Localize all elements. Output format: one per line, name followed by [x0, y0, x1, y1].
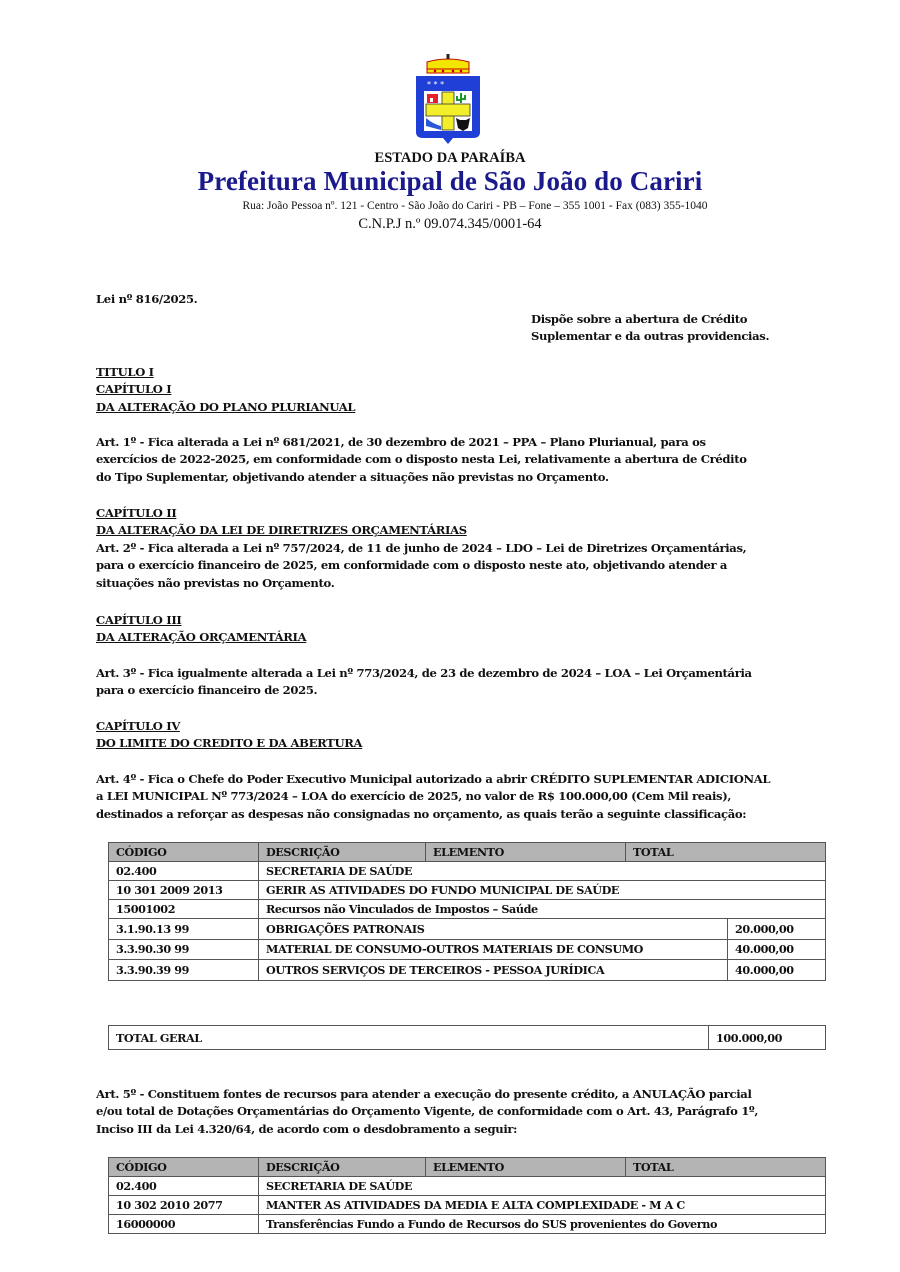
law-number: Lei nº 816/2025.	[96, 291, 826, 308]
table-row: 16000000 Transferências Fundo a Fundo de…	[109, 1215, 826, 1234]
summary-line: Suplementar e da outras providencias.	[531, 328, 831, 345]
total-cell: 20.000,00	[728, 919, 826, 940]
description-cell: GERIR AS ATIVIDADES DO FUNDO MUNICIPAL D…	[259, 881, 826, 900]
code-cell: 02.400	[109, 1177, 259, 1196]
article-line: situações não previstas no Orçamento.	[96, 575, 826, 592]
svg-text:* * *: * * *	[427, 80, 444, 89]
column-header: CÓDIGO	[109, 1158, 259, 1177]
description-cell: Recursos não Vinculados de Impostos – Sa…	[259, 900, 826, 919]
chapter-heading: CAPÍTULO I	[96, 381, 826, 398]
table-row: 02.400 SECRETARIA DE SAÚDE	[109, 1177, 826, 1196]
column-header: DESCRIÇÃO	[259, 1158, 426, 1177]
document-page: * * * ESTADO DA PARAÍBA Prefeitura Munic…	[0, 0, 900, 1272]
code-cell: 10 302 2010 2077	[109, 1196, 259, 1215]
coat-of-arms-icon: * * *	[413, 54, 483, 146]
total-row: TOTAL GERAL 100.000,00	[109, 1026, 826, 1050]
article-5: Art. 5º - Constituem fontes de recursos …	[96, 1086, 826, 1138]
chapter-1-block: TITULO I CAPÍTULO I DA ALTERAÇÃO DO PLAN…	[96, 364, 826, 416]
article-line: Art. 3º - Fica igualmente alterada a Lei…	[96, 665, 826, 682]
article-line: a LEI MUNICIPAL Nº 773/2024 – LOA do exe…	[96, 788, 826, 805]
table-row: 10 301 2009 2013 GERIR AS ATIVIDADES DO …	[109, 881, 826, 900]
title-heading: TITULO I	[96, 364, 826, 381]
state-name: ESTADO DA PARAÍBA	[0, 150, 900, 167]
column-header: TOTAL	[626, 1158, 826, 1177]
description-cell: SECRETARIA DE SAÚDE	[259, 862, 826, 881]
chapter-3-block: CAPÍTULO III DA ALTERAÇÃO ORÇAMENTÁRIA	[96, 612, 826, 647]
resource-sources-table: CÓDIGO DESCRIÇÃO ELEMENTO TOTAL 02.400 S…	[108, 1157, 826, 1234]
article-line: do Tipo Suplementar, objetivando atender…	[96, 469, 826, 486]
table-row: 10 302 2010 2077 MANTER AS ATIVIDADES DA…	[109, 1196, 826, 1215]
article-line: Art. 5º - Constituem fontes de recursos …	[96, 1086, 826, 1103]
total-cell: 40.000,00	[728, 960, 826, 981]
total-value: 100.000,00	[709, 1026, 826, 1050]
article-1: Art. 1º - Fica alterada a Lei nº 681/202…	[96, 434, 826, 486]
article-line: Art. 2º - Fica alterada a Lei nº 757/202…	[96, 540, 826, 557]
article-line: Art. 1º - Fica alterada a Lei nº 681/202…	[96, 434, 826, 451]
description-cell: OBRIGAÇÕES PATRONAIS	[259, 919, 728, 940]
table-row: 3.3.90.30 99 MATERIAL DE CONSUMO-OUTROS …	[109, 939, 826, 960]
law-summary: Dispõe sobre a abertura de Crédito Suple…	[531, 311, 831, 346]
table-row: 15001002 Recursos não Vinculados de Impo…	[109, 900, 826, 919]
chapter-heading: CAPÍTULO II	[96, 505, 826, 522]
summary-line: Dispõe sobre a abertura de Crédito	[531, 311, 831, 328]
column-header: DESCRIÇÃO	[259, 843, 426, 862]
column-header: ELEMENTO	[426, 843, 626, 862]
article-line: para o exercício financeiro de 2025, em …	[96, 557, 826, 574]
description-cell: OUTROS SERVIÇOS DE TERCEIROS - PESSOA JU…	[259, 960, 728, 981]
chapter-2-block: CAPÍTULO II DA ALTERAÇÃO DA LEI DE DIRET…	[96, 505, 826, 592]
article-line: exercícios de 2022-2025, em conformidade…	[96, 451, 826, 468]
chapter-subheading: DA ALTERAÇÃO ORÇAMENTÁRIA	[96, 629, 826, 646]
table-row: 3.3.90.39 99 OUTROS SERVIÇOS DE TERCEIRO…	[109, 960, 826, 981]
table-header-row: CÓDIGO DESCRIÇÃO ELEMENTO TOTAL	[109, 1158, 826, 1177]
article-3: Art. 3º - Fica igualmente alterada a Lei…	[96, 665, 826, 700]
description-cell: MANTER AS ATIVIDADES DA MEDIA E ALTA COM…	[259, 1196, 826, 1215]
table-header-row: CÓDIGO DESCRIÇÃO ELEMENTO TOTAL	[109, 843, 826, 862]
address-line: Rua: João Pessoa nº. 121 - Centro - São …	[0, 200, 900, 212]
table-row: 02.400 SECRETARIA DE SAÚDE	[109, 862, 826, 881]
column-header: CÓDIGO	[109, 843, 259, 862]
article-line: Art. 4º - Fica o Chefe do Poder Executiv…	[96, 771, 826, 788]
chapter-subheading: DA ALTERAÇÃO DO PLANO PLURIANUAL	[96, 399, 826, 416]
code-cell: 3.1.90.13 99	[109, 919, 259, 940]
column-header: ELEMENTO	[426, 1158, 626, 1177]
table-row: 3.1.90.13 99 OBRIGAÇÕES PATRONAIS 20.000…	[109, 919, 826, 940]
chapter-4-block: CAPÍTULO IV DO LIMITE DO CREDITO E DA AB…	[96, 718, 826, 753]
article-line: e/ou total de Dotações Orçamentárias do …	[96, 1103, 826, 1120]
chapter-subheading: DO LIMITE DO CREDITO E DA ABERTURA	[96, 735, 826, 752]
article-line: para o exercício financeiro de 2025.	[96, 682, 826, 699]
chapter-heading: CAPÍTULO III	[96, 612, 826, 629]
description-cell: Transferências Fundo a Fundo de Recursos…	[259, 1215, 826, 1234]
description-cell: SECRETARIA DE SAÚDE	[259, 1177, 826, 1196]
code-cell: 16000000	[109, 1215, 259, 1234]
column-header: TOTAL	[626, 843, 826, 862]
description-cell: MATERIAL DE CONSUMO-OUTROS MATERIAIS DE …	[259, 939, 728, 960]
chapter-heading: CAPÍTULO IV	[96, 718, 826, 735]
total-cell: 40.000,00	[728, 939, 826, 960]
code-cell: 3.3.90.30 99	[109, 939, 259, 960]
article-line: Inciso III da Lei 4.320/64, de acordo co…	[96, 1121, 826, 1138]
code-cell: 02.400	[109, 862, 259, 881]
total-geral-table: TOTAL GERAL 100.000,00	[108, 1025, 826, 1050]
code-cell: 3.3.90.39 99	[109, 960, 259, 981]
code-cell: 10 301 2009 2013	[109, 881, 259, 900]
chapter-subheading: DA ALTERAÇÃO DA LEI DE DIRETRIZES ORÇAME…	[96, 522, 826, 539]
municipality-title: Prefeitura Municipal de São João do Cari…	[0, 166, 900, 197]
code-cell: 15001002	[109, 900, 259, 919]
article-line: destinados a reforçar as despesas não co…	[96, 806, 826, 823]
total-label: TOTAL GERAL	[109, 1026, 709, 1050]
article-4: Art. 4º - Fica o Chefe do Poder Executiv…	[96, 771, 826, 823]
credit-classification-table: CÓDIGO DESCRIÇÃO ELEMENTO TOTAL 02.400 S…	[108, 842, 826, 981]
cnpj-line: C.N.P.J n.º 09.074.345/0001-64	[0, 216, 900, 233]
